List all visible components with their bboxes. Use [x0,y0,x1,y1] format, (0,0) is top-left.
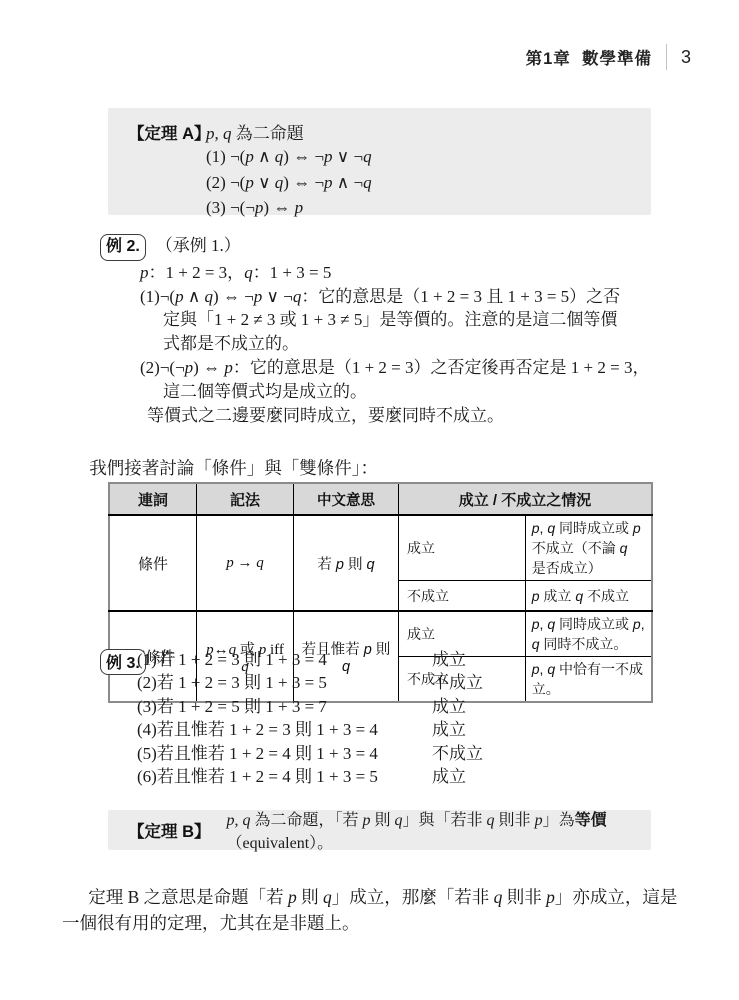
example-3-item: (6)若且惟若 1 + 2 = 4 則 1 + 3 = 5 成立 [100,765,680,788]
example-3-block: 例 3. (1)若 1 + 2 = 3 則 1 + 3 = 4 成立 (2)若 … [100,648,680,788]
intro-paragraph: 我們接著討論「條件」與「雙條件」： [63,455,678,480]
theorem-b-text: p, q 為二命題，「若 p 則 q」與「若非 q 則非 p」為等價（equiv… [227,807,652,853]
cell-meaning: 若 p 則 q [294,515,399,611]
example-2-line: 等價式之二邊要麼同時成立，要麼同時不成立。 [100,404,680,428]
textbook-page: 第1章 數學準備 3 【定理 A】 p, q 為二命題 (1) ¬(p ∧ q)… [0,0,739,1000]
example-2-heading: （承例 1.） [156,234,241,258]
theorem-a-line: (1) ¬(p ∧ q) ⇔ ¬p ∨ ¬q [108,144,651,170]
example-2-line: p：1 + 2 = 3，q：1 + 3 = 5 [100,261,680,285]
header-divider [666,44,667,70]
header-notation: 記法 [197,483,294,515]
theorem-a-heading: 【定理 A】 p, q 為二命題 [108,108,651,144]
example-2-line: 式都是不成立的。 [100,332,680,356]
cell-case-label: 不成立 [399,581,526,612]
cell-case-label: 成立 [399,515,526,581]
cell-connective: 條件 [109,515,197,611]
theorem-a-line: (2) ¬(p ∨ q) ⇔ ¬p ∧ ¬q [108,170,651,196]
cell-case-desc: p 成立 q 不成立 [525,581,652,612]
status: 成立 [432,648,466,671]
running-head: 第1章 數學準備 3 [526,44,691,70]
theorem-b-text-prefix: p, q 為二命題，「若 p 則 q」與「若非 q 則非 p」為 [227,812,575,829]
example-3-item: (2)若 1 + 2 = 3 則 1 + 3 = 5 不成立 [100,671,680,694]
cell-notation: p → q [197,515,294,611]
example-2-line: (2)¬(¬p) ⇔ p：它的意思是（1 + 2 = 3）之否定後再否定是 1 … [100,356,680,380]
header-connective: 連詞 [109,483,197,515]
closing-paragraph: 定理 B 之意思是命題「若 p 則 q」成立，那麼「若非 q 則非 p」亦成立，… [62,884,680,937]
example-2-line: 這二個等價式均是成立的。 [100,380,680,404]
theorem-b-box: 【定理 B】 p, q 為二命題，「若 p 則 q」與「若非 q 則非 p」為等… [108,810,651,850]
chapter-number: 第1章 [526,50,571,68]
table-header-row: 連詞 記法 中文意思 成立 / 不成立之情況 [109,483,652,515]
header-meaning: 中文意思 [294,483,399,515]
example-2-line: 定與「1 + 2 ≠ 3 或 1 + 3 ≠ 5」是等價的。注意的是這二個等價 [100,308,680,332]
statement: (1)若 1 + 2 = 3 則 1 + 3 = 4 [137,650,327,669]
status: 成立 [432,718,466,741]
status: 成立 [432,765,466,788]
example-2-badge: 例 2. [100,234,146,261]
theorem-b-keyword: 等價 [575,812,607,829]
theorem-b-label: 【定理 B】 [128,818,211,842]
status: 不成立 [432,671,483,694]
status: 成立 [432,695,466,718]
statement: (3)若 1 + 2 = 5 則 1 + 3 = 7 [137,697,327,716]
statement: (2)若 1 + 2 = 3 則 1 + 3 = 5 [137,673,327,692]
chapter-title: 第1章 數學準備 [526,45,652,69]
theorem-b-text-suffix: （equivalent）。 [227,835,334,852]
page-number: 3 [681,47,691,68]
statement: (6)若且惟若 1 + 2 = 4 則 1 + 3 = 5 [137,767,378,786]
example-3-item: (4)若且惟若 1 + 2 = 3 則 1 + 3 = 4 成立 [100,718,680,741]
chapter-name: 數學準備 [582,50,652,68]
statement: (5)若且惟若 1 + 2 = 4 則 1 + 3 = 4 [137,744,378,763]
theorem-a-box: 【定理 A】 p, q 為二命題 (1) ¬(p ∧ q) ⇔ ¬p ∨ ¬q … [108,108,651,215]
statement: (4)若且惟若 1 + 2 = 3 則 1 + 3 = 4 [137,720,378,739]
example-3-item: (5)若且惟若 1 + 2 = 4 則 1 + 3 = 4 不成立 [100,742,680,765]
status: 不成立 [432,742,483,765]
example-3-item: (1)若 1 + 2 = 3 則 1 + 3 = 4 成立 [100,648,680,671]
example-2-line: (1)¬(p ∧ q) ⇔ ¬p ∨ ¬q：它的意思是（1 + 2 = 3 且 … [100,285,680,309]
example-2-block: 例 2. （承例 1.） p：1 + 2 = 3，q：1 + 3 = 5 (1)… [100,234,680,427]
header-cases: 成立 / 不成立之情況 [399,483,653,515]
theorem-a-label: 【定理 A】 [128,120,206,144]
example-2-heading-row: 例 2. （承例 1.） [100,234,680,261]
cell-case-desc: p, q 同時成立或 p 不成立（不論 q 是否成立） [525,515,652,581]
table-row: 條件 p → q 若 p 則 q 成立 p, q 同時成立或 p 不成立（不論 … [109,515,652,581]
example-3-item: (3)若 1 + 2 = 5 則 1 + 3 = 7 成立 [100,695,680,718]
theorem-a-line: (3) ¬(¬p) ⇔ p [108,195,651,221]
theorem-a-intro: p, q 為二命題 [206,119,304,144]
